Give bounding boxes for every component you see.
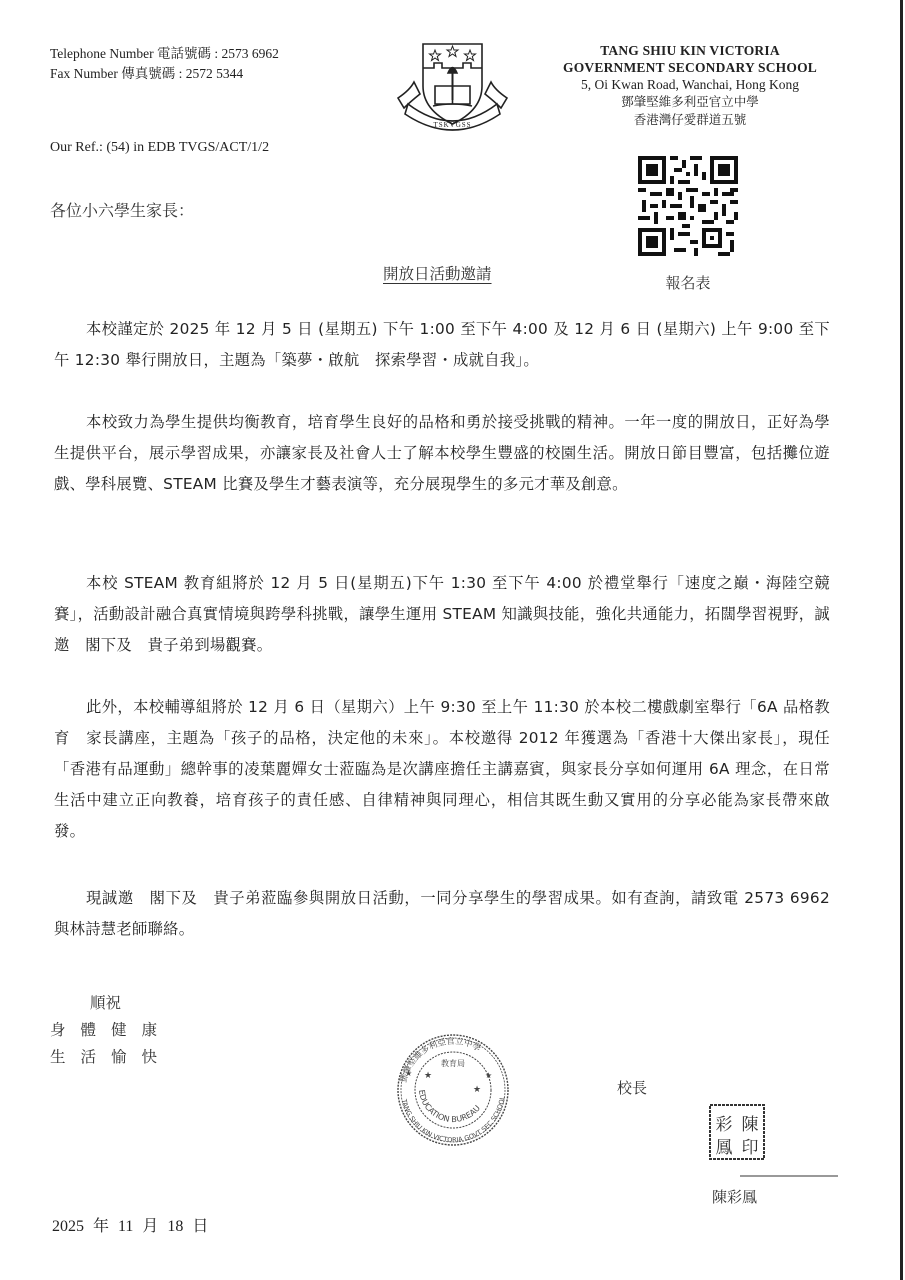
school-name-en-line1: TANG SHIU KIN VICTORIA <box>530 42 850 59</box>
paragraph-open-day-dates: 本校謹定於 2025 年 12 月 5 日 (星期五) 下午 1:00 至下午 … <box>54 314 830 376</box>
fax-value: 2572 5344 <box>186 66 243 81</box>
svg-text:鳳: 鳳 <box>716 1138 733 1158</box>
school-name-zh: 鄧肇堅維多利亞官立中學 <box>530 93 850 111</box>
telephone-value: 2573 6962 <box>222 46 279 61</box>
fax-line: Fax Number 傳真號碼 : 2572 5344 <box>50 64 279 84</box>
school-crest-logo: TSKVGSS <box>390 38 515 138</box>
principal-name: 陳彩鳳 <box>712 1186 757 1207</box>
closing-line-3: 生活愉快 <box>50 1044 172 1071</box>
official-school-seal: 鄧肇堅維多利亞官立中學 教育局 EDUCATION BUREAU TANG SH… <box>383 1030 523 1150</box>
svg-text:彩: 彩 <box>716 1115 733 1135</box>
page-edge-border <box>900 0 903 1280</box>
closing-block: 順祝 身體健康 生活愉快 <box>50 990 172 1071</box>
school-header: TANG SHIU KIN VICTORIA GOVERNMENT SECOND… <box>530 42 850 129</box>
svg-text:陳: 陳 <box>742 1115 759 1135</box>
svg-text:印: 印 <box>742 1138 759 1158</box>
letter-date: 2025 年 11 月 18 日 <box>52 1213 208 1236</box>
reference-number: Our Ref.: (54) in EDB TVGS/ACT/1/2 <box>50 140 269 156</box>
principal-title: 校長 <box>617 1077 647 1098</box>
salutation: 各位小六學生家長： <box>50 198 194 221</box>
school-name-en-line2: GOVERNMENT SECONDARY SCHOOL <box>530 59 850 76</box>
paragraph-school-mission: 本校致力為學生提供均衡教育，培育學生良好的品格和勇於接受挑戰的精神。一年一度的開… <box>54 407 830 500</box>
closing-line-1: 順祝 <box>50 990 172 1017</box>
telephone-label: Telephone Number 電話號碼 <box>50 46 211 61</box>
svg-text:★: ★ <box>424 1071 432 1081</box>
principal-seal-chop: 陳 彩 鳳 印 <box>708 1103 766 1161</box>
letter-title: 開放日活動邀請 <box>383 262 492 284</box>
registration-qr-code[interactable] <box>638 156 738 256</box>
paragraph-parent-talk: 此外，本校輔導組將於 12 月 6 日（星期六）上午 9:30 至上午 11:3… <box>54 692 830 847</box>
svg-text:★: ★ <box>405 1069 412 1078</box>
qr-code-label: 報名表 <box>638 272 738 293</box>
paragraph-steam-competition: 本校 STEAM 教育組將於 12 月 5 日(星期五)下午 1:30 至下午 … <box>54 568 830 661</box>
signature-line <box>740 1175 838 1177</box>
telephone-line: Telephone Number 電話號碼 : 2573 6962 <box>50 44 279 64</box>
closing-line-2: 身體健康 <box>50 1017 172 1044</box>
school-address-zh: 香港灣仔愛群道五號 <box>530 111 850 129</box>
school-address-en: 5, Oi Kwan Road, Wanchai, Hong Kong <box>530 76 850 93</box>
paragraph-invitation-contact: 現誠邀 閣下及 貴子弟蒞臨參與開放日活動，一同分享學生的學習成果。如有查詢，請致… <box>54 883 830 945</box>
svg-text:★: ★ <box>485 1071 492 1080</box>
fax-label: Fax Number 傳真號碼 <box>50 66 175 81</box>
crest-motto: TSKVGSS <box>433 121 471 129</box>
contact-block: Telephone Number 電話號碼 : 2573 6962 Fax Nu… <box>50 44 279 84</box>
svg-text:教育局: 教育局 <box>441 1058 465 1068</box>
svg-text:★: ★ <box>473 1085 481 1095</box>
